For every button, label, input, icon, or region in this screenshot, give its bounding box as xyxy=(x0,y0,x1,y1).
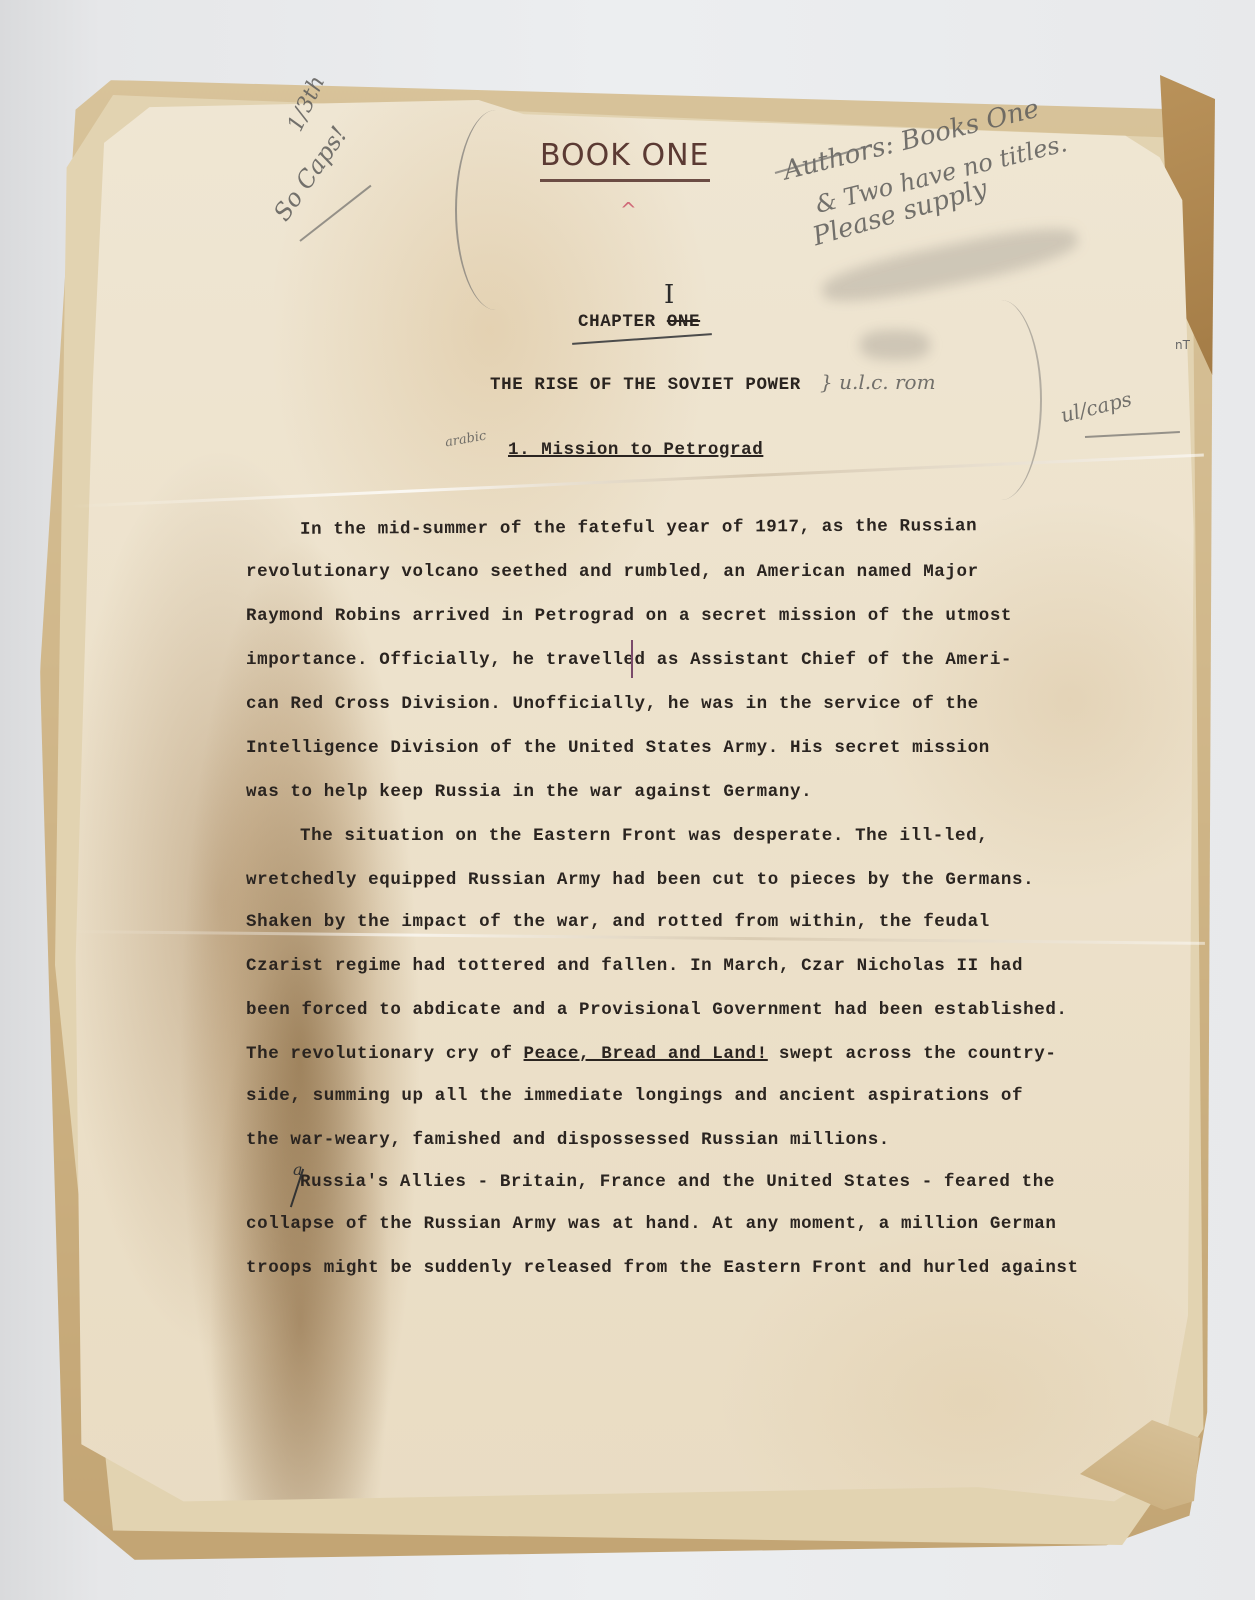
body-line: collapse of the Russian Army was at hand… xyxy=(246,1214,1056,1234)
body-line: troops might be suddenly released from t… xyxy=(246,1258,1079,1278)
part-title: THE RISE OF THE SOVIET POWER xyxy=(490,375,801,395)
body-line: In the mid-summer of the fateful year of… xyxy=(300,516,977,540)
body-line: Russia's Allies - Britain, France and th… xyxy=(300,1172,1055,1192)
underlined-slogan: Peace, Bread and Land! xyxy=(524,1044,768,1064)
body-line: Raymond Robins arrived in Petrograd on a… xyxy=(246,606,1012,626)
body-line: revolutionary volcano seethed and rumble… xyxy=(246,562,979,582)
part-title-note: } u.l.c. rom xyxy=(820,370,936,394)
erased-pencil-smudge xyxy=(860,330,930,360)
body-line: Czarist regime had tottered and fallen. … xyxy=(246,956,1023,976)
body-line: can Red Cross Division. Unofficially, he… xyxy=(246,694,979,714)
body-line: side, summing up all the immediate longi… xyxy=(246,1086,1023,1106)
chapter-label: CHAPTER xyxy=(578,312,656,332)
book-title: BOOK ONE xyxy=(540,138,710,182)
red-caret-mark: ^ xyxy=(620,198,637,222)
chapter-heading: CHAPTER ONE xyxy=(578,312,700,332)
body-line-end: swept across the country- xyxy=(768,1044,1057,1064)
insert-mark xyxy=(631,640,633,678)
body-line: Shaken by the impact of the war, and rot… xyxy=(246,912,990,932)
pencil-bracket-left xyxy=(455,110,537,310)
body-line: was to help keep Russia in the war again… xyxy=(246,782,812,802)
body-line: importance. Officially, he travelled as … xyxy=(246,650,1012,670)
section-heading: 1. Mission to Petrograd xyxy=(508,440,763,460)
struck-chapter-word: ONE xyxy=(667,312,700,332)
body-line: been forced to abdicate and a Provisiona… xyxy=(246,1000,1068,1020)
underlying-page-fragment: nT xyxy=(1175,338,1190,352)
pencil-bracket-right xyxy=(960,300,1042,500)
body-line: Intelligence Division of the United Stat… xyxy=(246,738,990,758)
body-line: wretchedly equipped Russian Army had bee… xyxy=(246,870,1034,890)
body-line: The situation on the Eastern Front was d… xyxy=(300,826,988,846)
body-line: The revolutionary cry of Peace, Bread an… xyxy=(246,1044,1056,1064)
body-line: the war-weary, famished and dispossessed… xyxy=(246,1130,890,1150)
body-line-start: The revolutionary cry of xyxy=(246,1044,524,1064)
chapter-numeral: I xyxy=(664,280,674,310)
